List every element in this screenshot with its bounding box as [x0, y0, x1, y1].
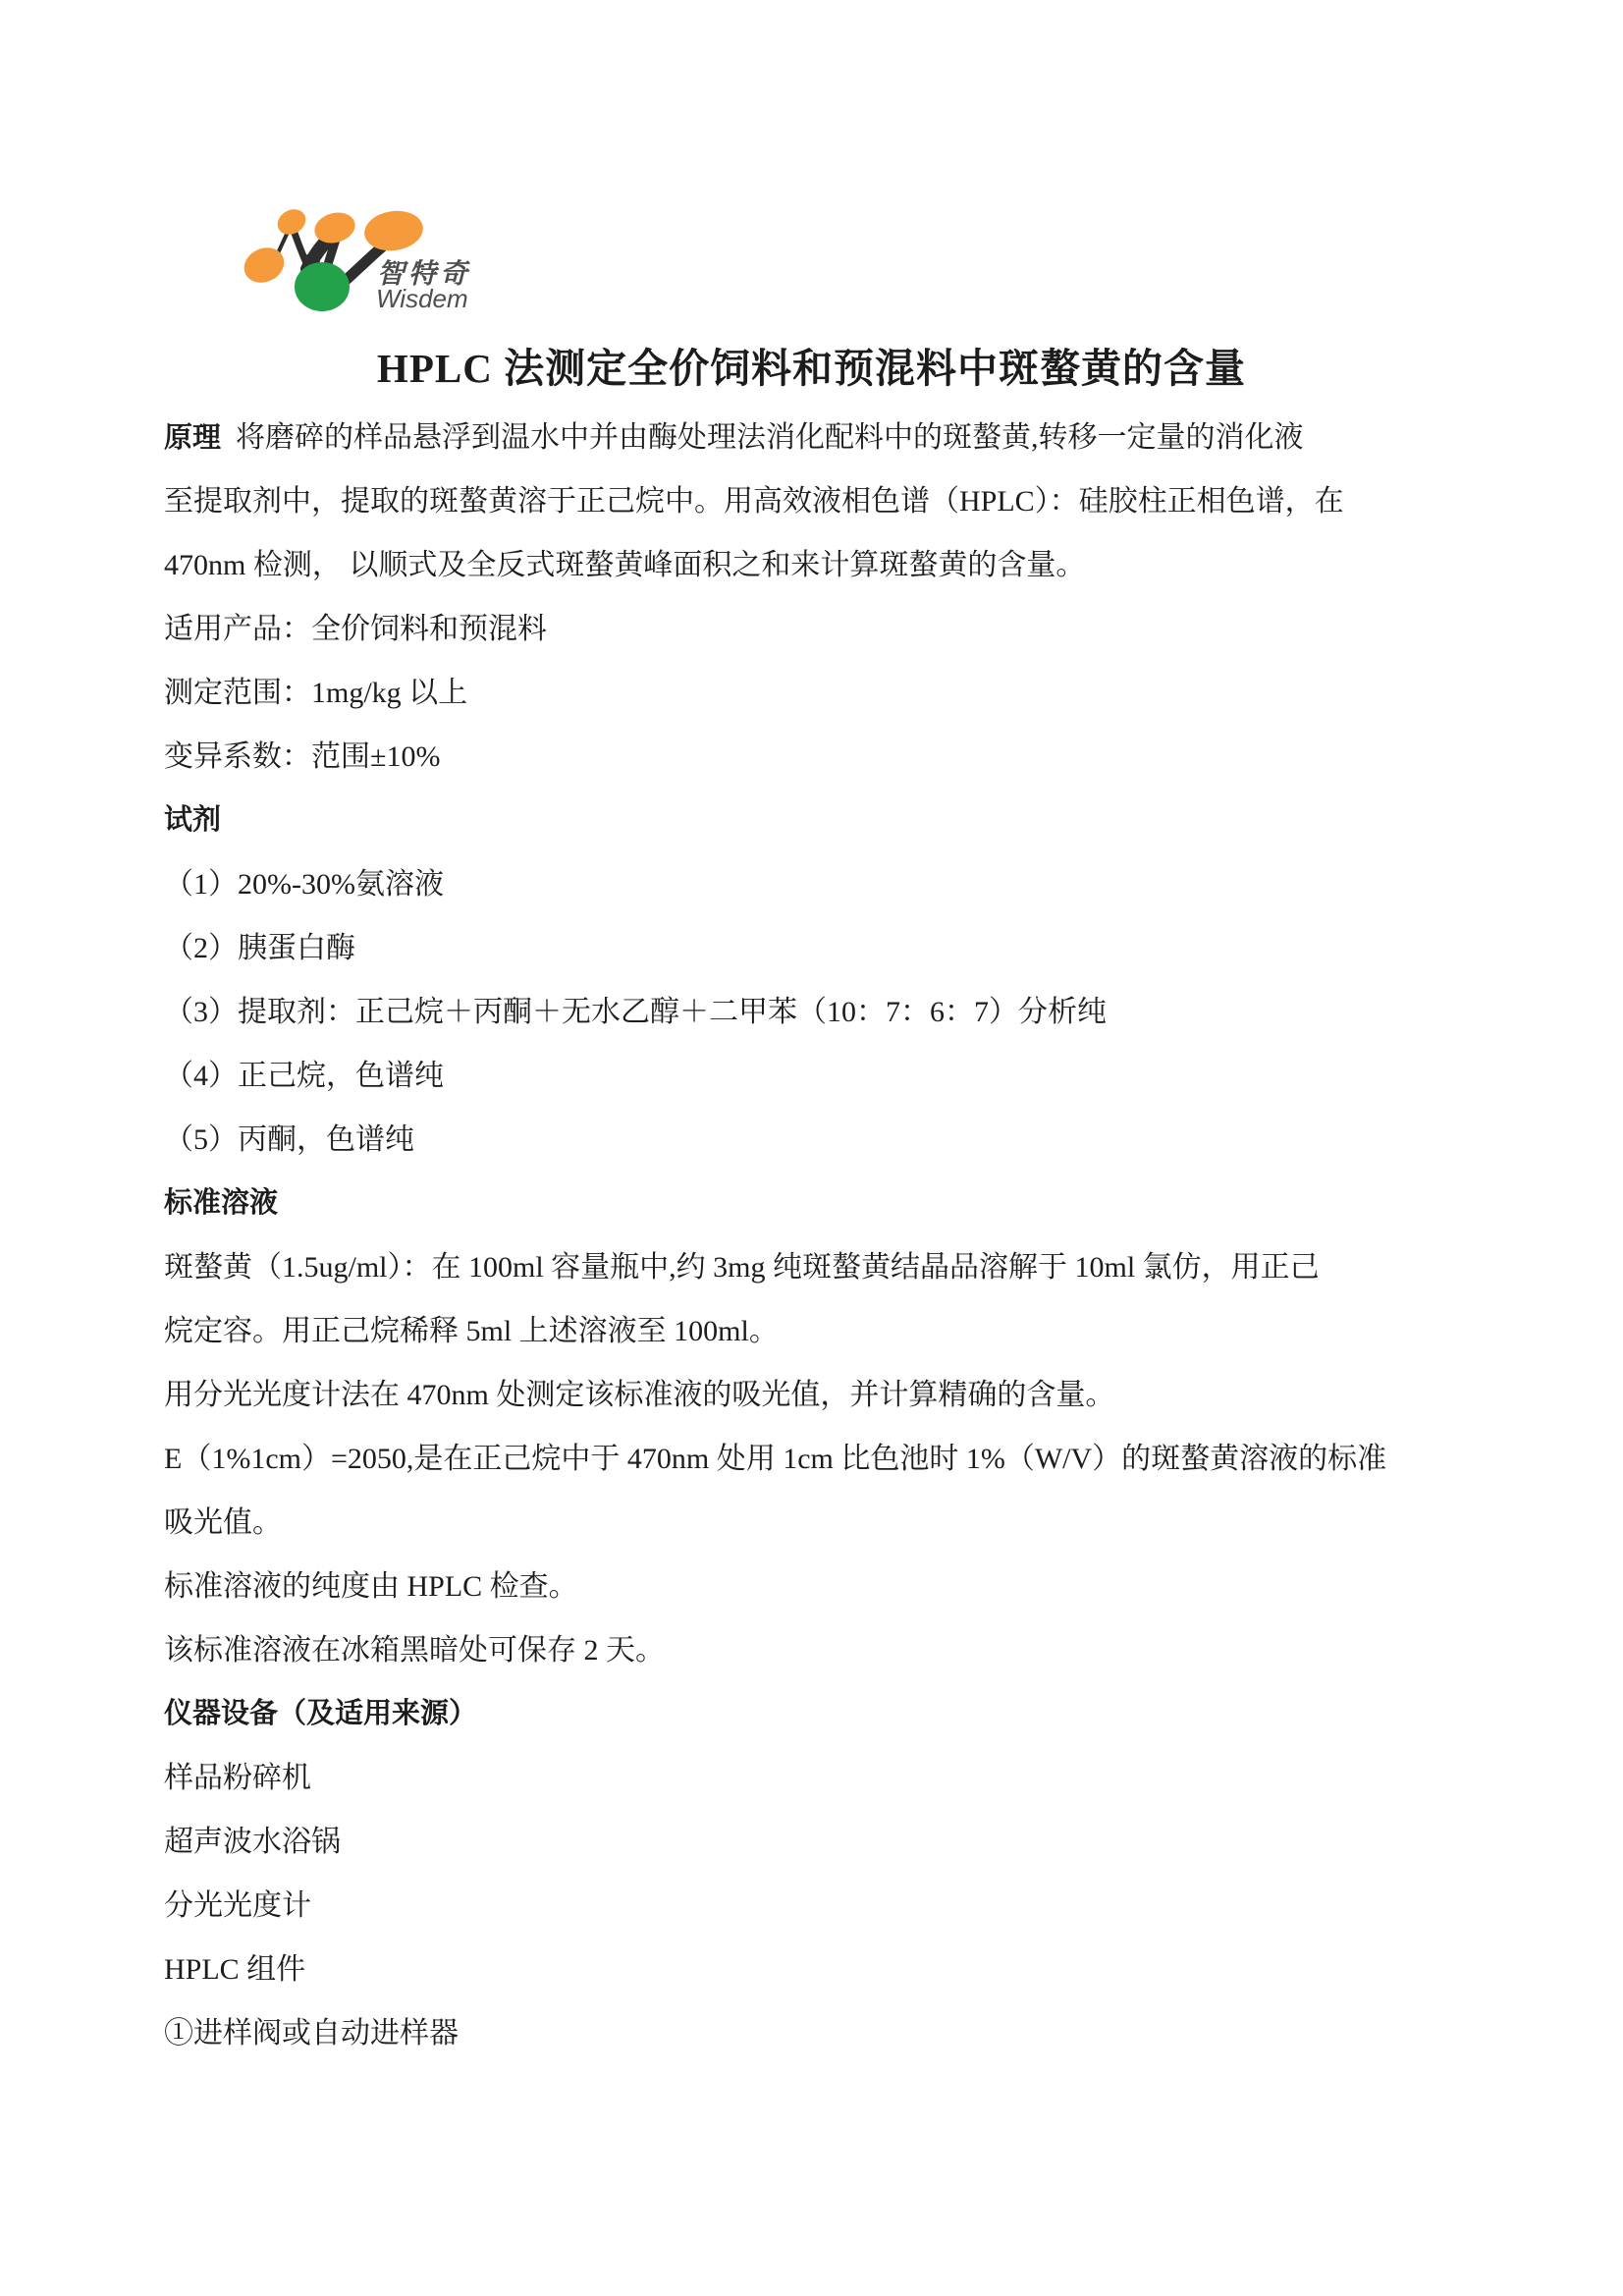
- text-line: （4）正己烷，色谱纯: [164, 1044, 1480, 1108]
- document-title: HPLC 法测定全价饲料和预混料中斑螯黄的含量: [0, 336, 1623, 394]
- line-text: （1）20%-30%氨溶液: [164, 868, 444, 901]
- inline-heading: 原理: [164, 422, 221, 454]
- text-line: 吸光值。: [164, 1491, 1480, 1555]
- text-line: 分光光度计: [164, 1874, 1480, 1938]
- section-heading: 仪器设备（及适用来源）: [164, 1682, 1480, 1746]
- text-line: 测定范围：1mg/kg 以上: [164, 661, 1480, 725]
- line-text: （5）丙酮，色谱纯: [164, 1123, 414, 1156]
- line-text: 适用产品：全价饲料和预混料: [164, 613, 547, 645]
- line-text: 分光光度计: [164, 1889, 311, 1922]
- section-heading: 标准溶液: [164, 1172, 1480, 1235]
- line-text: 仪器设备（及适用来源）: [164, 1698, 477, 1729]
- line-text: 标准溶液的纯度由 HPLC 检查。: [164, 1570, 578, 1603]
- line-text: ①进样阀或自动进样器: [164, 2017, 459, 2050]
- logo-dot-top-right: [362, 207, 426, 254]
- text-line: 样品粉碎机: [164, 1746, 1480, 1810]
- text-line: （2）胰蛋白酶: [164, 916, 1480, 980]
- line-text: （4）正己烷，色谱纯: [164, 1060, 444, 1092]
- text-line: （1）20%-30%氨溶液: [164, 852, 1480, 916]
- wisdem-logo: 智特奇 Wisdem: [242, 194, 497, 320]
- line-text: 标准溶液: [164, 1187, 278, 1219]
- line-text: 用分光光度计法在 470nm 处测定该标准液的吸光值，并计算精确的含量。: [164, 1379, 1114, 1411]
- line-text: 变异系数：范围±10%: [164, 740, 440, 773]
- line-text: E（1%1cm）=2050,是在正己烷中于 470nm 处用 1cm 比色池时 …: [164, 1443, 1386, 1475]
- text-line: 斑螯黄（1.5ug/ml）：在 100ml 容量瓶中,约 3mg 纯斑螯黄结晶品…: [164, 1235, 1480, 1299]
- text-line: 适用产品：全价饲料和预混料: [164, 597, 1480, 661]
- line-text: 测定范围：1mg/kg 以上: [164, 677, 467, 709]
- text-line: 标准溶液的纯度由 HPLC 检查。: [164, 1555, 1480, 1618]
- text-line: 该标准溶液在冰箱黑暗处可保存 2 天。: [164, 1618, 1480, 1682]
- logo-dot-left: [242, 242, 290, 290]
- section-heading: 试剂: [164, 789, 1480, 852]
- text-line: ①进样阀或自动进样器: [164, 2001, 1480, 2065]
- line-text: 470nm 检测， 以顺式及全反式斑螯黄峰面积之和来计算斑螯黄的含量。: [164, 549, 1085, 581]
- line-text: （2）胰蛋白酶: [164, 932, 355, 964]
- logo-dot-top-small: [273, 204, 310, 240]
- text-line: 原理 将磨碎的样品悬浮到温水中并由酶处理法消化配料中的斑螯黄,转移一定量的消化液: [164, 406, 1480, 469]
- line-text: 超声波水浴锅: [164, 1826, 341, 1858]
- brand-name-en: Wisdem: [376, 284, 468, 313]
- line-text: 试剂: [164, 804, 221, 836]
- line-text: 烷定容。用正己烷稀释 5ml 上述溶液至 100ml。: [164, 1315, 779, 1347]
- line-text: （3）提取剂：正己烷＋丙酮＋无水乙醇＋二甲苯（10：7：6：7）分析纯: [164, 996, 1107, 1028]
- text-line: （5）丙酮，色谱纯: [164, 1108, 1480, 1172]
- line-text: 该标准溶液在冰箱黑暗处可保存 2 天。: [164, 1634, 665, 1667]
- text-line: 变异系数：范围±10%: [164, 725, 1480, 789]
- line-text: 样品粉碎机: [164, 1762, 311, 1794]
- text-line: （3）提取剂：正己烷＋丙酮＋无水乙醇＋二甲苯（10：7：6：7）分析纯: [164, 980, 1480, 1044]
- document-page: 智特奇 Wisdem HPLC 法测定全价饲料和预混料中斑螯黄的含量 原理 将磨…: [0, 0, 1623, 2296]
- text-line: 超声波水浴锅: [164, 1810, 1480, 1874]
- line-text: HPLC 组件: [164, 1953, 305, 1986]
- text-line: E（1%1cm）=2050,是在正己烷中于 470nm 处用 1cm 比色池时 …: [164, 1427, 1480, 1491]
- line-text: 吸光值。: [164, 1506, 282, 1539]
- logo-dot-green: [295, 262, 350, 311]
- text-line: HPLC 组件: [164, 1938, 1480, 2001]
- text-line: 用分光光度计法在 470nm 处测定该标准液的吸光值，并计算精确的含量。: [164, 1363, 1480, 1427]
- line-text: 至提取剂中，提取的斑螯黄溶于正己烷中。用高效液相色谱（HPLC）：硅胶柱正相色谱…: [164, 485, 1344, 518]
- text-line: 470nm 检测， 以顺式及全反式斑螯黄峰面积之和来计算斑螯黄的含量。: [164, 533, 1480, 597]
- text-line: 烷定容。用正己烷稀释 5ml 上述溶液至 100ml。: [164, 1299, 1480, 1363]
- text-line: 至提取剂中，提取的斑螯黄溶于正己烷中。用高效液相色谱（HPLC）：硅胶柱正相色谱…: [164, 469, 1480, 533]
- line-text: 斑螯黄（1.5ug/ml）：在 100ml 容量瓶中,约 3mg 纯斑螯黄结晶品…: [164, 1251, 1320, 1284]
- line-text: 将磨碎的样品悬浮到温水中并由酶处理法消化配料中的斑螯黄,转移一定量的消化液: [221, 421, 1304, 454]
- document-body: 原理 将磨碎的样品悬浮到温水中并由酶处理法消化配料中的斑螯黄,转移一定量的消化液…: [164, 406, 1480, 2065]
